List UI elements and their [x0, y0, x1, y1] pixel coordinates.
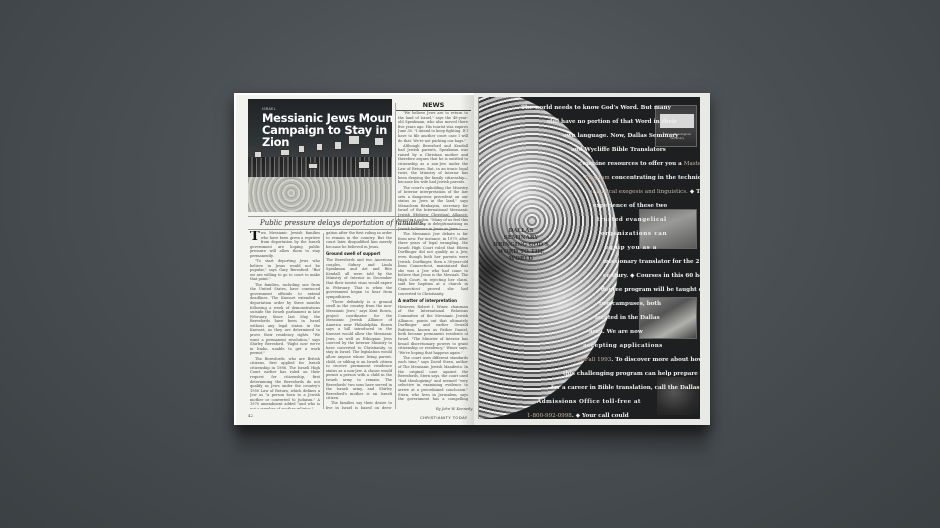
seminary-advertisement: DALLAS SEMINARY BRINGING GOD'S WORD TO T…: [478, 97, 700, 419]
ad-text-line: Program concentrating in the technical s…: [585, 175, 700, 181]
protest-sign: [358, 161, 370, 169]
ad-text-line: and Wycliffe Bible Translators: [571, 147, 666, 153]
left-page: ISRAEL Messianic Jews Mount Campaign to …: [234, 93, 474, 425]
paragraph: The court's upholding the Ministry of In…: [398, 186, 468, 232]
paragraph: The families say their desire to live in…: [326, 401, 392, 409]
paragraph: The Messianic Jew debate is far from new…: [398, 232, 468, 296]
ad-text-line: Admissions Office toll-free at: [537, 399, 641, 405]
paragraph: The court uses different standards each …: [398, 356, 468, 401]
column-rule: [323, 233, 324, 409]
ad-text-line: located in the Dallas: [595, 315, 660, 321]
protest-sign: [308, 163, 318, 169]
ad-text-line: degree program will be taught on the: [601, 287, 700, 293]
paragraph: "There definitely is a ground swell in t…: [326, 300, 392, 401]
ad-text-line: this challenging program can help prepar…: [563, 371, 700, 377]
paragraph: The Beresfords, who are British citizens…: [250, 357, 320, 409]
byline: By John W. Kennedy.: [436, 407, 473, 411]
ad-text-line: still have no portion of that Word in th…: [547, 119, 677, 125]
ad-text-line: combine resources to offer you a Master …: [579, 161, 700, 167]
people-photo: [657, 377, 699, 415]
article-headline: Messianic Jews Mount Campaign to Stay in…: [262, 112, 392, 148]
ad-text-line: The world needs to know God's Word. But …: [521, 105, 671, 111]
ad-text-line: two campuses, both: [599, 301, 661, 307]
article-column-3: "We believe Jews are to return to the la…: [398, 111, 468, 401]
ad-text-line: area. We are now: [589, 329, 643, 335]
ad-text-line: trusted evangelical: [597, 217, 667, 223]
protest-sign: [254, 151, 262, 158]
subhead: A matter of interpretation: [398, 299, 468, 304]
paragraph: However, Robert I. Winer, chairman of th…: [398, 305, 468, 356]
crowd-image: [248, 157, 392, 179]
ad-text-line: for Fall 1993. To discover more about ho…: [575, 357, 700, 363]
paragraph: The families, including one from the Uni…: [250, 283, 320, 357]
classroom-photo: [639, 209, 697, 249]
protest-sign: [280, 149, 290, 156]
magazine-spread: ISRAEL Messianic Jews Mount Campaign to …: [234, 93, 710, 425]
news-section-label: NEWS: [396, 101, 471, 111]
protest-photo: ISRAEL Messianic Jews Mount Campaign to …: [248, 99, 392, 212]
paragraph: The Beresfords and two American couples,…: [326, 258, 392, 299]
earth-caption: DALLAS SEMINARY BRINGING GOD'S WORD TO T…: [491, 228, 551, 263]
paragraph: "We believe Jews are to return to the la…: [398, 111, 468, 143]
protest-sign: [360, 147, 370, 155]
ad-text-line: century. ◆ Courses in this 60 hour: [603, 273, 700, 279]
ad-text-line: own language. Now, Dallas Seminary: [563, 133, 678, 139]
ad-text-line: accepting applications: [583, 343, 663, 349]
ad-text-line: experience of these two: [593, 203, 667, 209]
subhead: Ground swell of support: [326, 252, 392, 257]
ad-text-line: missionary translator for the 21st: [603, 259, 700, 265]
paragraph: gation after the first ruling in order t…: [326, 231, 392, 249]
column-rule: [395, 103, 396, 409]
spread-shadow: [236, 420, 708, 460]
article-column-1: Two Messianic Jewish families who have b…: [250, 231, 320, 409]
magazine-footer: CHRISTIANITY TODAY: [420, 415, 468, 420]
ad-text-line: equip you as a: [605, 245, 657, 251]
paragraph: wo Messianic Jewish families who have be…: [250, 231, 320, 258]
right-page: DALLAS SEMINARY BRINGING GOD'S WORD TO T…: [474, 93, 710, 425]
drop-cap: T: [250, 231, 260, 242]
ad-phone-line: 1-800-992-0998. ◆ Your call could: [527, 413, 629, 419]
article-column-2: gation after the first ruling in order t…: [326, 231, 392, 409]
seminary-building-photo: Dallas Theological Seminary: [655, 105, 697, 147]
page-number: 42: [248, 413, 253, 418]
ad-text-line: of biblical exegesis and linguistics. ◆ …: [589, 189, 700, 195]
ad-text-line: organizations can: [601, 231, 667, 237]
paragraph: Although Beresford and Kendall had Jewis…: [398, 144, 468, 185]
sand-hill: [248, 177, 392, 212]
ad-text-line: for a career in Bible translation, call …: [551, 385, 700, 391]
paragraph: "To start deporting Jews who believe in …: [250, 259, 320, 282]
